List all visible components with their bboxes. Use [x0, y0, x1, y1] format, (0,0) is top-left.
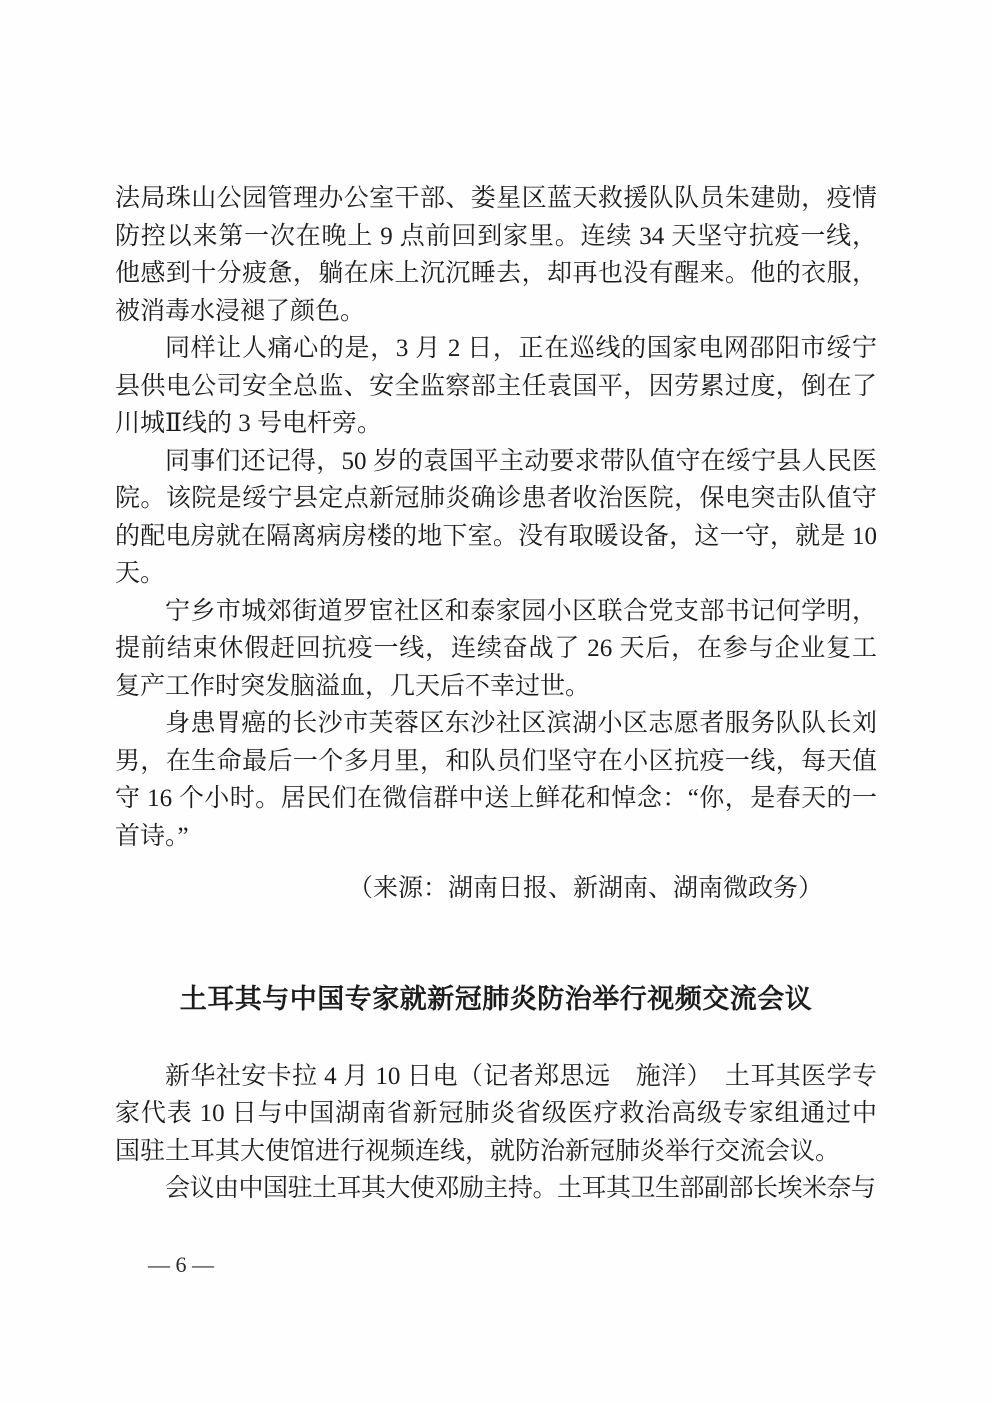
document-page: 法局珠山公园管理办公室干部、娄星区蓝天救援队队员朱建勋，疫情防控以来第一次在晚上…	[0, 0, 992, 1403]
article-turkey-china-meeting: 土耳其与中国专家就新冠肺炎防治举行视频交流会议 新华社安卡拉 4 月 10 日电…	[115, 978, 877, 1208]
paragraph-liu-nan: 身患胃癌的长沙市芙蓉区东沙社区滨湖小区志愿者服务队队长刘男，在生命最后一个多月里…	[115, 705, 877, 855]
paragraph-xinhua-dateline: 新华社安卡拉 4 月 10 日电（记者郑思远 施洋） 土耳其医学专家代表 10 …	[115, 1058, 877, 1171]
article-title: 土耳其与中国专家就新冠肺炎防治举行视频交流会议	[115, 978, 877, 1020]
paragraph-he-xueming: 宁乡市城郊街道罗宦社区和泰家园小区联合党支部书记何学明，提前结束休假赶回抗疫一线…	[115, 593, 877, 706]
article-pandemic-heroes: 法局珠山公园管理办公室干部、娄星区蓝天救援队队员朱建勋，疫情防控以来第一次在晚上…	[115, 180, 877, 908]
paragraph-meeting-host: 会议由中国驻土耳其大使邓励主持。土耳其卫生部副部长埃米奈与	[115, 1170, 877, 1208]
page-content: 法局珠山公园管理办公室干部、娄星区蓝天救援队队员朱建勋，疫情防控以来第一次在晚上…	[115, 180, 877, 1208]
paragraph-hospital-duty: 同事们还记得，50 岁的袁国平主动要求带队值守在绥宁县人民医院。该院是绥宁县定点…	[115, 443, 877, 593]
source-attribution: （来源：湖南日报、新湖南、湖南微政务）	[115, 870, 823, 908]
page-footer: — 6 —	[148, 1250, 214, 1280]
page-number: — 6 —	[148, 1252, 214, 1277]
paragraph-continuation: 法局珠山公园管理办公室干部、娄星区蓝天救援队队员朱建勋，疫情防控以来第一次在晚上…	[115, 180, 877, 330]
paragraph-yuan-guoping: 同样让人痛心的是，3 月 2 日，正在巡线的国家电网邵阳市绥宁县供电公司安全总监…	[115, 330, 877, 443]
